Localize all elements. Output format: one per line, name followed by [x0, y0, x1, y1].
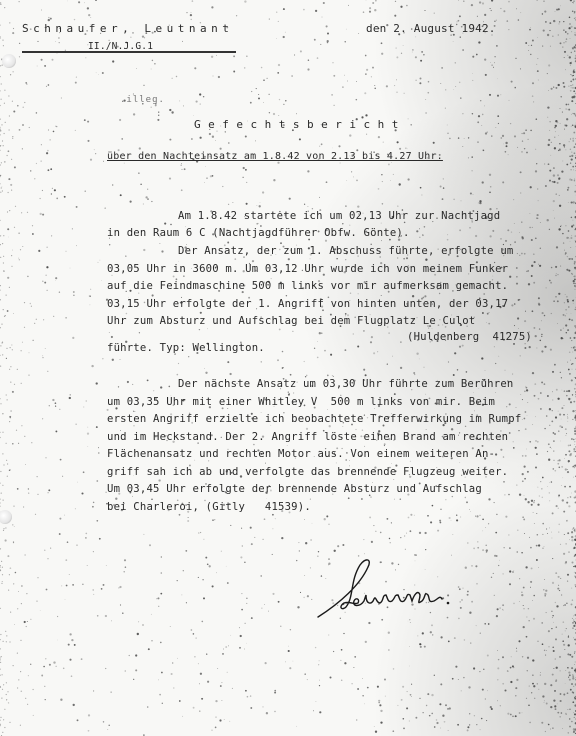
punch-hole-bottom [0, 510, 12, 524]
date-line: den 2. August 1942. [366, 22, 496, 35]
text-line: 03,15 Uhr erfolgte der 1. Angriff von hi… [107, 298, 508, 311]
handwritten-signature [310, 555, 460, 625]
text-line: Flächenansatz und rechten Motor aus. Von… [107, 448, 495, 461]
text-line: Am 1.8.42 startete ich um 02,13 Uhr zur … [178, 210, 500, 223]
location-ref: (Huldenberg 41275) [407, 331, 532, 344]
document-subtitle: über den Nachteinsatz am 1.8.42 von 2.13… [107, 150, 443, 163]
text-line: 03,05 Uhr in 3600 m. Um 03,12 Uhr wurde … [107, 263, 508, 276]
text-line: Um 03,45 Uhr erfolgte der brennende Abst… [107, 483, 482, 496]
scan-noise [0, 0, 576, 736]
text-line: auf die Feindmaschine 500 m links vor mi… [107, 280, 508, 293]
document-page: Schnaufer, Leutnant II./N.J.G.1 den 2. A… [0, 0, 576, 736]
header-rule [22, 51, 236, 53]
text-line: bei Charleroi, (Gitly 41539). [107, 501, 311, 514]
margin-note: .illeg. [120, 94, 165, 107]
text-line: ersten Angriff erzielte ich beobachtete … [107, 413, 521, 426]
text-line: und im Heckstand. Der 2. Angriff löste e… [107, 431, 508, 444]
text-line: Der nächste Ansatz um 03,30 Uhr führte z… [178, 378, 513, 391]
punch-hole-top [2, 54, 16, 68]
margin-mark: : [156, 108, 162, 121]
text-line: in den Raum 6 C (Nachtjagdführer Obfw. G… [107, 227, 410, 240]
text-line: um 03,35 Uhr mit einer Whitley V 500 m l… [107, 396, 495, 409]
sender-line: Schnaufer, Leutnant [22, 22, 233, 35]
text-line: griff sah ich ab und verfolgte das brenn… [107, 466, 508, 479]
text-line: führte. Typ: Wellington. [107, 342, 265, 355]
text-line: Der Ansatz, der zum 1. Abschuss führte, … [178, 245, 513, 258]
document-title: Gefechtsbericht [194, 118, 406, 131]
text-line: Uhr zum Absturz und Aufschlag bei dem Fl… [107, 315, 475, 328]
